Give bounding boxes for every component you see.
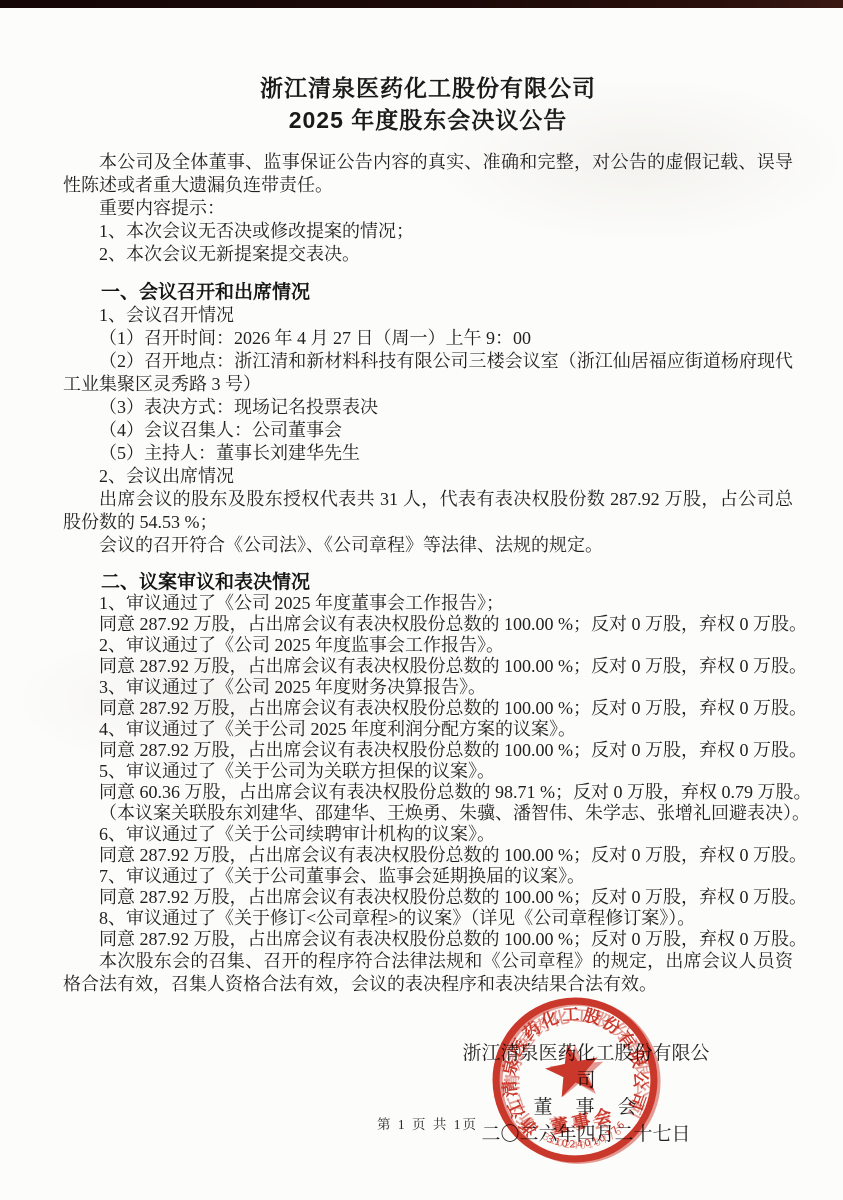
vote-result-line: 同意 287.92 万股，占出席会议有表决权股份总数的 100.00 %；反对 … — [63, 698, 793, 719]
meeting-line-attendance-heading: 2、会议出席情况 — [63, 465, 793, 488]
resolution-line: 5、审议通过了《关于公司为关联方担保的议案》。 — [63, 761, 793, 782]
meeting-line-time: （1）召开时间：2026 年 4 月 27 日（周一）上午 9：00 — [63, 327, 793, 350]
spacer — [63, 136, 793, 151]
vote-result-line: 同意 60.36 万股，占出席会议有表决权股份总数的 98.71 %；反对 0 … — [63, 782, 793, 803]
doc-title-line1: 浙江清泉医药化工股份有限公司 — [63, 72, 793, 104]
spacer — [63, 557, 793, 572]
section1-heading: 一、会议召开和出席情况 — [63, 281, 793, 304]
closing-paragraph: 本次股东会的召集、召开的程序符合法律法规和《公司章程》的规定，出席会议人员资格合… — [63, 950, 793, 996]
scan-edge-artifact — [0, 0, 843, 8]
section-meeting-info: 一、会议召开和出席情况 1、会议召开情况 （1）召开时间：2026 年 4 月 … — [63, 281, 793, 557]
notice-heading: 重要内容提示： — [63, 197, 793, 220]
meeting-line: 1、会议召开情况 — [63, 304, 793, 327]
section2-heading: 二、议案审议和表决情况 — [63, 572, 793, 593]
resolution-line: 3、审议通过了《公司 2025 年度财务决算报告》。 — [63, 677, 793, 698]
spacer — [63, 266, 793, 281]
vote-result-line: 同意 287.92 万股，占出席会议有表决权股份总数的 100.00 %；反对 … — [63, 740, 793, 761]
intro-paragraph: 本公司及全体董事、监事保证公告内容的真实、准确和完整，对公告的虚假记载、误导性陈… — [63, 151, 793, 197]
official-seal-graphic: 浙江清泉医药化工股份有限公司 3310240107768 董事会 — [459, 964, 691, 1196]
meeting-line-vote-method: （3）表决方式：现场记名投票表决 — [63, 396, 793, 419]
abstain-note-line: （本议案关联股东刘建华、邵建华、王焕勇、朱骥、潘智伟、朱学志、张增礼回避表决）。 — [63, 803, 793, 824]
section-resolutions: 二、议案审议和表决情况 1、审议通过了《公司 2025 年度董事会工作报告》； … — [63, 572, 793, 950]
doc-title-line2: 2025 年度股东会决议公告 — [63, 104, 793, 136]
document-body: 浙江清泉医药化工股份有限公司 2025 年度股东会决议公告 本公司及全体董事、监… — [63, 72, 793, 996]
resolution-line: 8、审议通过了《关于修订<公司章程>的议案》（详见《公司章程修订案》）。 — [63, 908, 793, 929]
notice-item-2: 2、本次会议无新提案提交表决。 — [63, 243, 793, 266]
resolution-line: 7、审议通过了《关于公司董事会、监事会延期换届的议案》。 — [63, 866, 793, 887]
vote-result-line: 同意 287.92 万股，占出席会议有表决权股份总数的 100.00 %；反对 … — [63, 887, 793, 908]
scanned-document-page: 浙江清泉医药化工股份有限公司 2025 年度股东会决议公告 本公司及全体董事、监… — [0, 0, 843, 1200]
meeting-line-location: （2）召开地点：浙江清和新材料科技有限公司三楼会议室（浙江仙居福应街道杨府现代工… — [63, 350, 793, 396]
page-footer: 第 1 页 共 1页 — [377, 1113, 478, 1133]
resolution-line: 6、审议通过了《关于公司续聘审计机构的议案》。 — [63, 824, 793, 845]
meeting-line-attendance: 出席会议的股东及股东授权代表共 31 人，代表有表决权股份数 287.92 万股… — [63, 488, 793, 534]
resolution-line: 2、审议通过了《公司 2025 年度监事会工作报告》。 — [63, 635, 793, 656]
meeting-line-convener: （4）会议召集人：公司董事会 — [63, 419, 793, 442]
notice-item-1: 1、本次会议无否决或修改提案的情况； — [63, 220, 793, 243]
resolution-line: 4、审议通过了《关于公司 2025 年度利润分配方案的议案》。 — [63, 719, 793, 740]
vote-result-line: 同意 287.92 万股，占出席会议有表决权股份总数的 100.00 %；反对 … — [63, 845, 793, 866]
vote-result-line: 同意 287.92 万股，占出席会议有表决权股份总数的 100.00 %；反对 … — [63, 614, 793, 635]
official-seal: 浙江清泉医药化工股份有限公司 3310240107768 董事会 — [459, 964, 691, 1196]
meeting-line-legality: 会议的召开符合《公司法》、《公司章程》等法律、法规的规定。 — [63, 534, 793, 557]
vote-result-line: 同意 287.92 万股，占出席会议有表决权股份总数的 100.00 %；反对 … — [63, 656, 793, 677]
meeting-line-chair: （5）主持人：董事长刘建华先生 — [63, 442, 793, 465]
vote-result-line: 同意 287.92 万股，占出席会议有表决权股份总数的 100.00 %；反对 … — [63, 929, 793, 950]
resolution-line: 1、审议通过了《公司 2025 年度董事会工作报告》； — [63, 593, 793, 614]
